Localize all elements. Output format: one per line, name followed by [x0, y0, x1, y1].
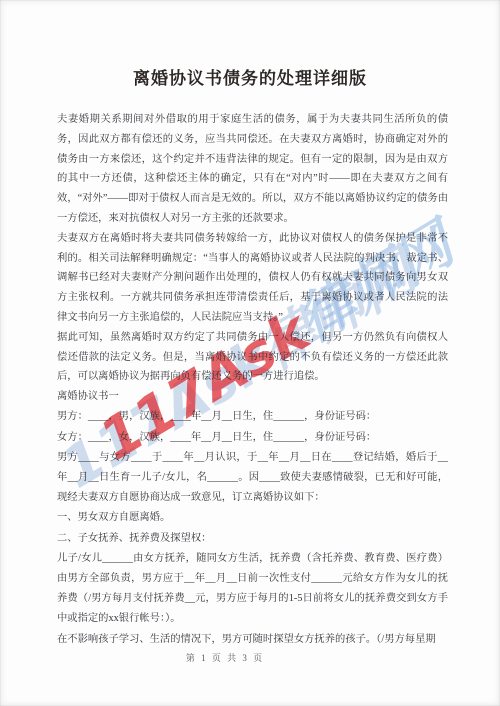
paragraph-clause-2: 二、子女抚养、抚养费及探望权：: [57, 529, 448, 549]
paragraph-conclusion: 据此可知，虽然离婚时双方约定了共同债务由一人偿还，但另一方仍然负有向债权人偿还借…: [57, 328, 448, 387]
paragraph-custody-support: 儿子/女儿______由女方抚养，随同女方生活，抚养费（含托养费、教育费、医疗费…: [57, 549, 448, 630]
document-body: 夫妻婚期关系期间对外借取的用于家庭生活的债务，属于为夫妻共同生活所负的债务，因此…: [57, 110, 448, 650]
paragraph-wife-info: 女方：____，女，汉族，____年__月__日生，住______，身份证号码：: [57, 428, 448, 448]
page-title: 离婚协议书债务的处理详细版: [0, 64, 500, 89]
document-page: 117Ask律师网 117Ask律师网 离婚协议书债务的处理详细版 夫妻婚期关系…: [0, 0, 500, 706]
paragraph-marriage-history: 男方____与女方____于____年__月认识，于__年__月__日在____…: [57, 448, 448, 509]
paragraph-husband-info: 男方：____，男，汉族，____年__月__日生，住______，身份证号码：: [57, 407, 448, 427]
page-number-footer: 第 1 页 共 3 页: [0, 651, 500, 664]
paragraph-agreement-heading: 离婚协议书一: [57, 387, 448, 407]
paragraph-clause-1: 一、男女双方自愿离婚。: [57, 508, 448, 528]
paragraph-debt-intro: 夫妻婚期关系期间对外借取的用于家庭生活的债务，属于为夫妻共同生活所负的债务，因此…: [57, 110, 448, 229]
paragraph-judicial-interpretation: 夫妻双方在离婚时将夫妻共同债务转嫁给一方，此协议对债权人的债务保护是非常不利的。…: [57, 229, 448, 328]
paragraph-visitation: 在不影响孩子学习、生活的情况下，男方可随时探望女方抚养的孩子。（/男方每星期: [57, 630, 448, 650]
